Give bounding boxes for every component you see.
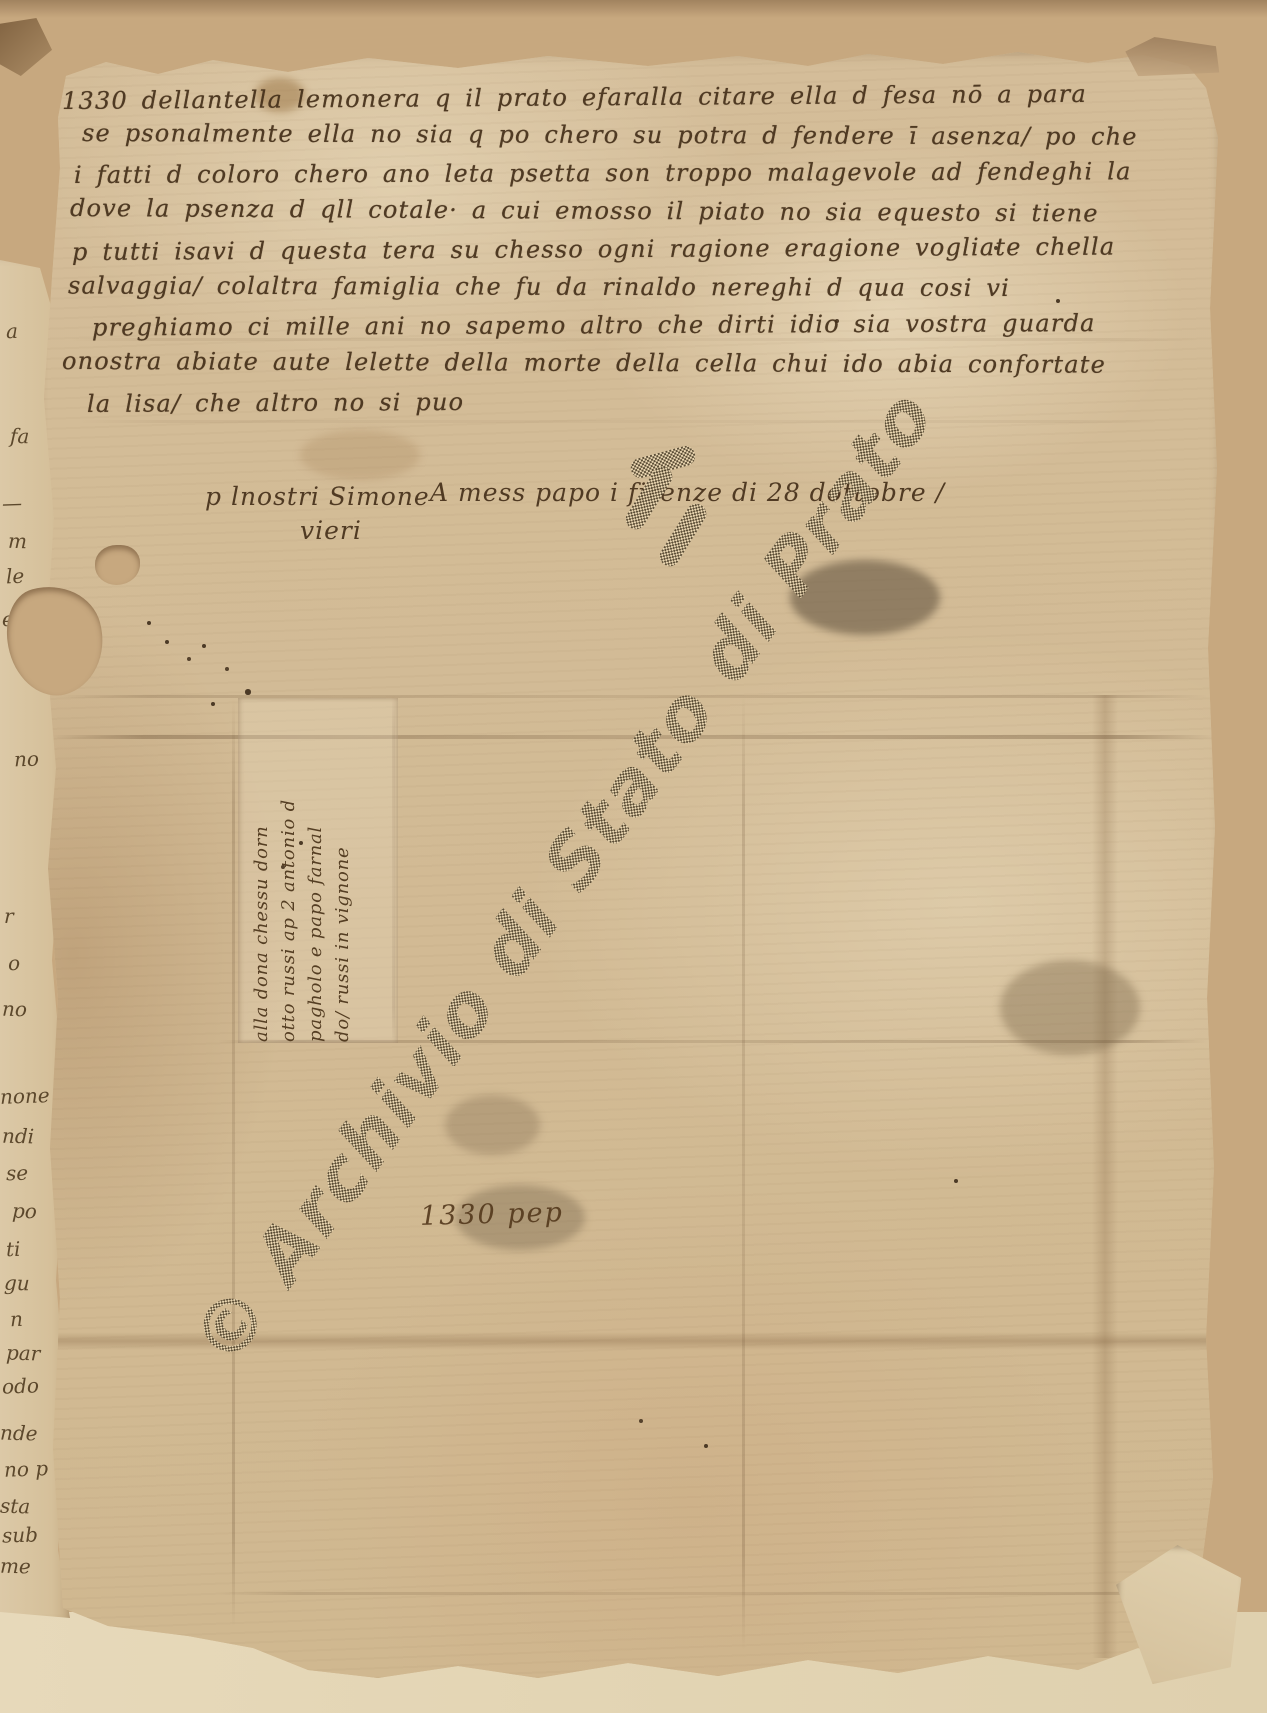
margin-fragment: par: [6, 1342, 41, 1365]
signature-sender-line2: vieri: [300, 516, 362, 546]
letter-line: dove la psenza d qll cotale· a cui emoss…: [70, 189, 1212, 233]
torn-edge-tab-top-right: [1124, 36, 1221, 81]
letter-line: preghiamo ci mille ani no sapemo altro c…: [92, 304, 1212, 347]
margin-fragment: ti: [6, 1238, 21, 1260]
letter-line: salvaggia/ colaltra famiglia che fu da r…: [68, 267, 1212, 308]
margin-fragment: ndi: [2, 1125, 35, 1148]
margin-fragment: se: [6, 1162, 29, 1185]
document-scan: a fa — m le e no r o no none ndi se po t…: [0, 0, 1267, 1713]
fold-crease-vertical: [232, 698, 235, 1628]
margin-fragment: po: [12, 1200, 37, 1223]
margin-fragment: me: [0, 1555, 31, 1578]
letter-paper: 1330 dellantella lemonera q il prato efa…: [38, 48, 1223, 1698]
smudge-stain: [445, 1095, 540, 1155]
margin-fragment: le: [6, 565, 25, 588]
torn-edge-tab-top-left: [0, 18, 52, 76]
margin-fragment: —: [2, 492, 23, 515]
margin-fragment: no: [14, 748, 40, 771]
letter-line: i fatti d coloro chero ano leta psetta s…: [74, 152, 1212, 194]
address-line: do/ russi in vignone: [329, 692, 356, 1042]
letter-line: la lisa/ che altro no si puo: [87, 379, 1212, 423]
address-line: pagholo e papo farnal: [302, 692, 329, 1042]
fold-shadow-band-vertical: [1092, 695, 1118, 1658]
margin-fragment: nde: [0, 1422, 38, 1445]
letter-line: onostra abiate aute lelette della morte …: [62, 342, 1212, 384]
margin-fragment: no: [2, 998, 27, 1021]
margin-fragment: no p: [4, 1457, 49, 1481]
faint-stain: [300, 430, 420, 480]
fold-crease-vertical: [742, 695, 745, 1650]
margin-fragment: n: [10, 1308, 24, 1330]
margin-fragment: none: [0, 1084, 50, 1108]
margin-fragment: a: [6, 320, 19, 342]
margin-fragment: fa: [10, 425, 30, 447]
address-line: otto russi ap 2 antonio d: [275, 692, 302, 1042]
scan-top-shadow: [0, 0, 1267, 18]
letter-line: p tutti isavi d questa tera su chesso og…: [72, 227, 1212, 271]
letter-text-block: 1330 dellantella lemonera q il prato efa…: [62, 78, 1212, 420]
margin-fragment: r: [4, 905, 14, 927]
letter-line: se psonalmente ella no sia q po chero su…: [82, 114, 1212, 156]
signature-sender: p lnostri Simone: [205, 482, 430, 512]
margin-fragment: odo: [2, 1374, 40, 1397]
margin-fragment: sub: [2, 1523, 39, 1546]
letter-line: 1330 dellantella lemonera q il prato efa…: [62, 74, 1212, 120]
water-stain: [1000, 960, 1140, 1055]
fold-crease: [218, 1592, 1208, 1595]
margin-fragment: m: [8, 530, 28, 552]
address-line: alla dona chessu dorn: [248, 692, 275, 1042]
docket-note: 1330 pep: [420, 1198, 565, 1232]
fold-crease: [58, 695, 1208, 698]
margin-fragment: gu: [4, 1272, 30, 1295]
address-block: alla dona chessu dorn otto russi ap 2 an…: [248, 692, 356, 1042]
margin-fragment: sta: [0, 1495, 31, 1518]
margin-fragment: o: [8, 952, 21, 974]
